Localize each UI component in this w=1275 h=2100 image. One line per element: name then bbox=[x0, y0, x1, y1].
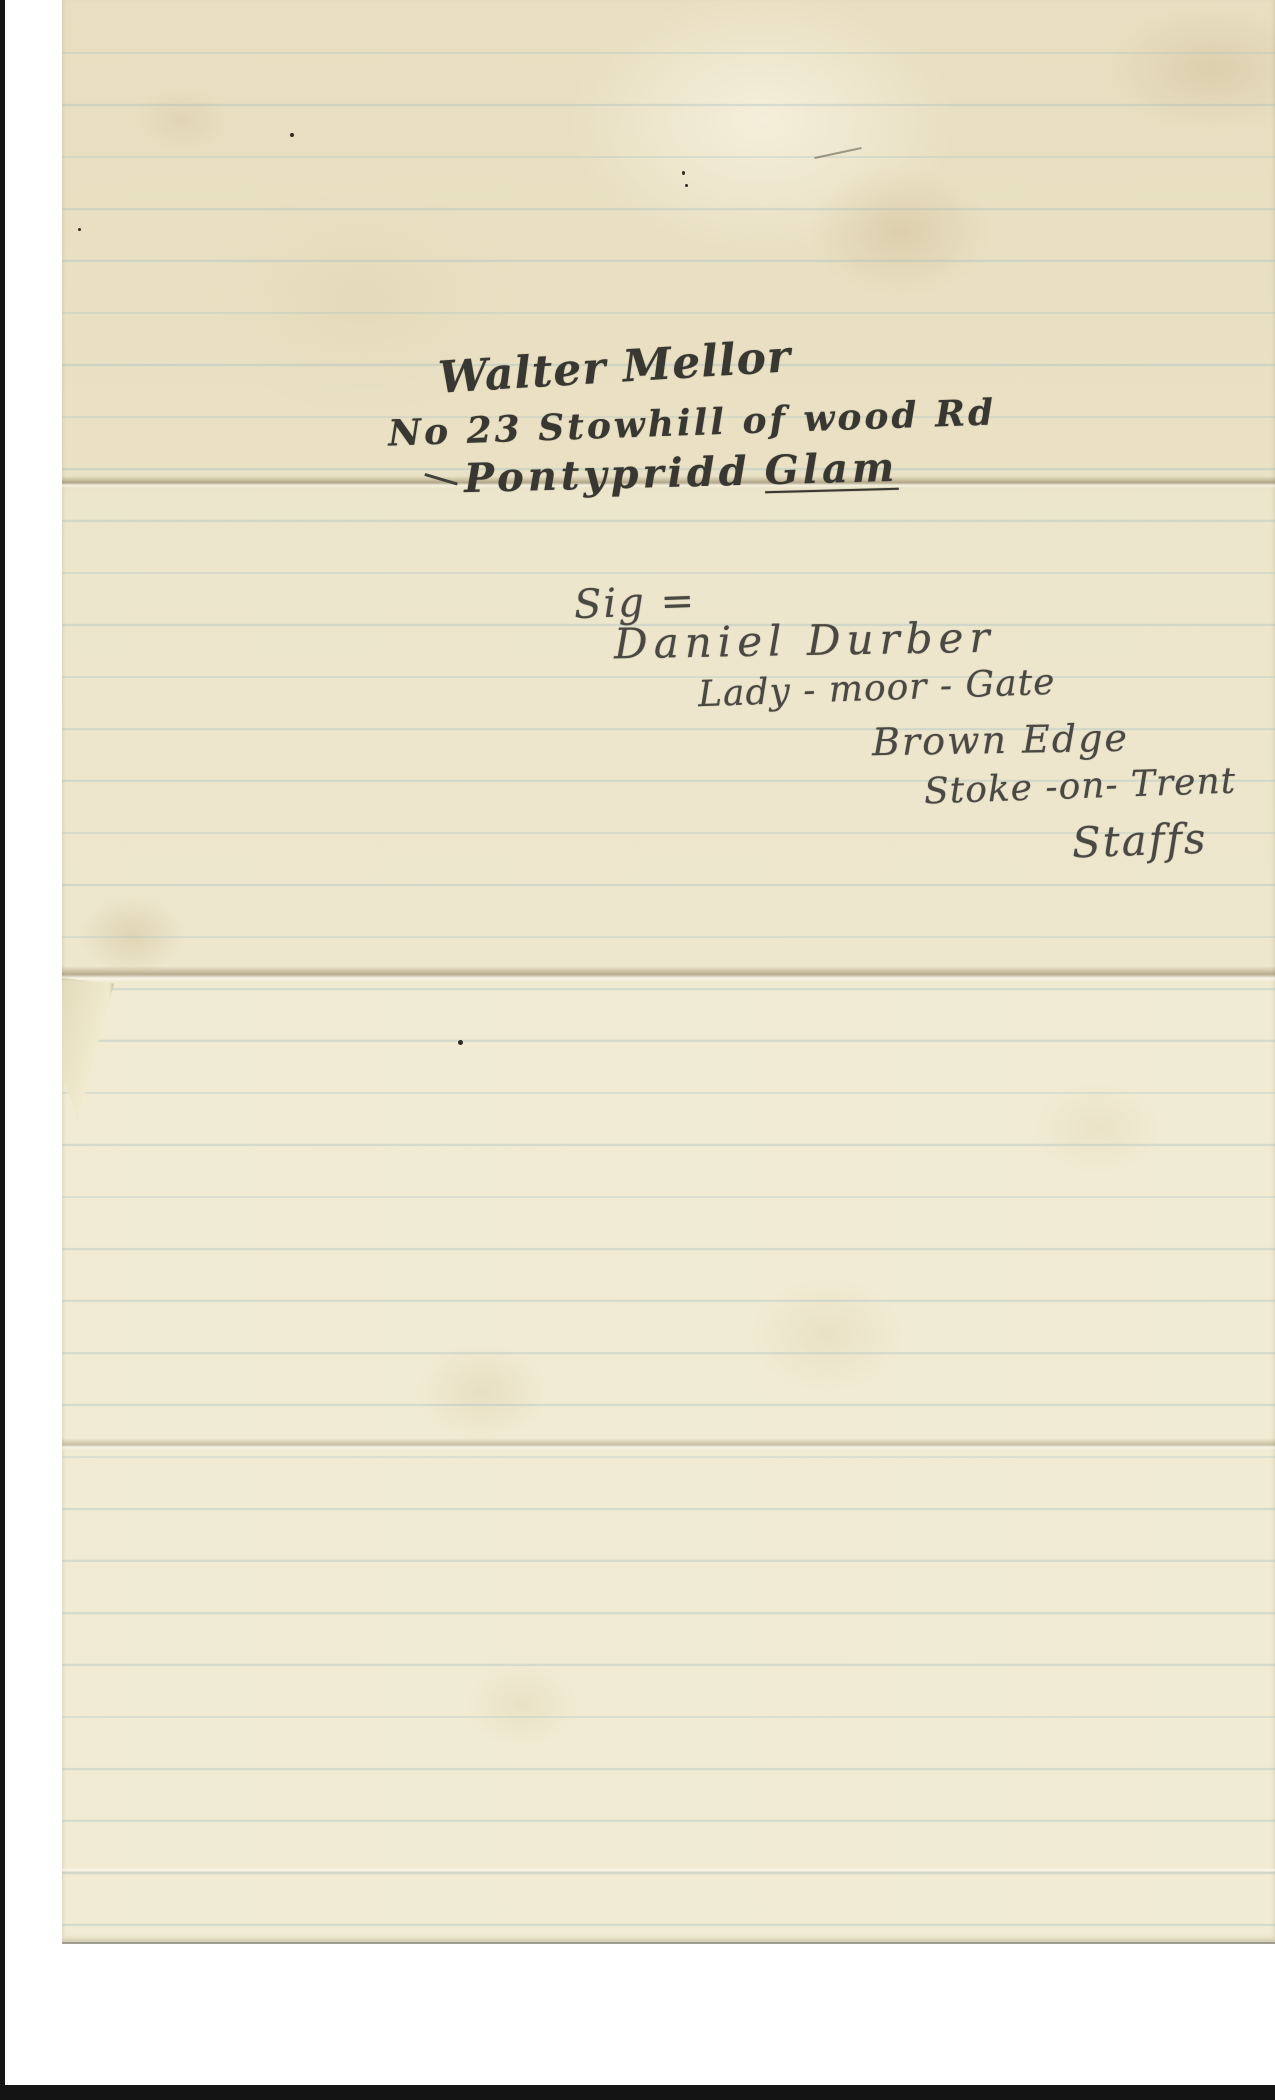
ink-speck bbox=[458, 1040, 463, 1045]
signature-address-line-1: Lady - moor - Gate bbox=[697, 662, 1056, 715]
scanned-letter: Walter Mellor No 23 Stowhill of wood Rd … bbox=[0, 0, 1275, 2100]
signature-address-line-2: Brown Edge bbox=[872, 716, 1130, 764]
fold-crease-top bbox=[62, 476, 1275, 488]
fold-crease-middle bbox=[62, 966, 1275, 982]
recipient-address: No 23 Stowhill of wood Rd bbox=[387, 391, 996, 454]
ink-speck bbox=[78, 228, 81, 231]
ruled-lines bbox=[62, 0, 1275, 1942]
recipient-town-name: Pontypridd bbox=[463, 448, 751, 502]
ink-speck bbox=[290, 133, 294, 137]
recipient-town: PontypriddGlam bbox=[423, 444, 898, 503]
scan-edge-left bbox=[0, 0, 5, 2100]
letter-page: Walter Mellor No 23 Stowhill of wood Rd … bbox=[62, 0, 1275, 1942]
fold-crease-lower bbox=[62, 1438, 1275, 1450]
signature-address-line-4: Staffs bbox=[1071, 814, 1208, 868]
crease-light-bottom bbox=[62, 1868, 1275, 1873]
torn-fold-flap bbox=[62, 978, 114, 1118]
signature-address-line-3: Stoke -on- Trent bbox=[923, 761, 1236, 813]
ink-speck bbox=[685, 184, 688, 187]
recipient-county-underlined: Glam bbox=[764, 444, 899, 494]
recipient-name: Walter Mellor bbox=[437, 331, 793, 403]
pen-flourish bbox=[424, 472, 457, 485]
pencil-scratch-mark bbox=[814, 147, 861, 159]
signature-label: Sig = bbox=[573, 578, 697, 628]
scan-edge-bottom bbox=[0, 2085, 1275, 2100]
ink-speck bbox=[682, 171, 685, 175]
signature-name: Daniel Durber bbox=[614, 613, 996, 669]
